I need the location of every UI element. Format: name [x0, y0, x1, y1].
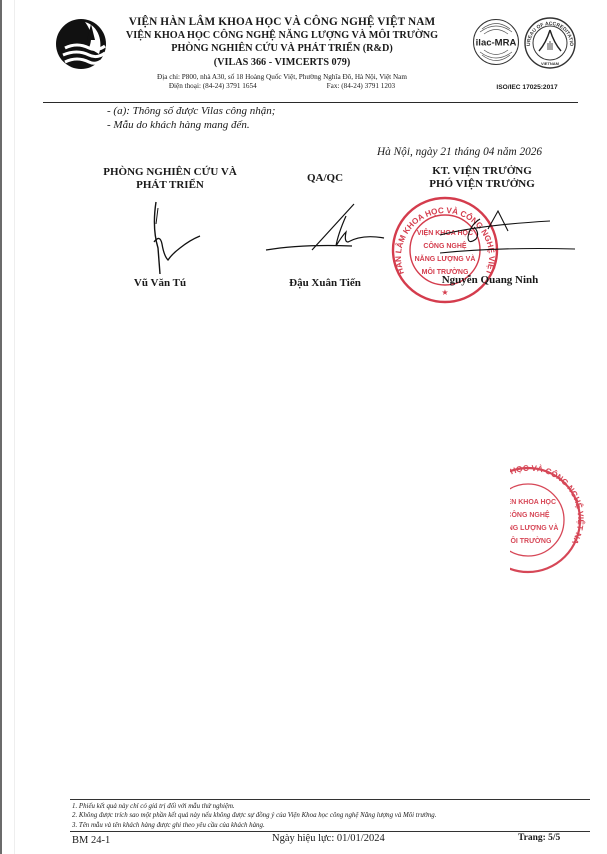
- partial-seal-stamp: VIỆN HÀN LÂM KHOA HỌC VÀ CÔNG NGHỆ VIỆT …: [470, 462, 590, 578]
- iso-label: ISO/IEC 17025:2017: [472, 84, 582, 91]
- svg-text:VIỆN KHOA HỌC: VIỆN KHOA HỌC: [500, 497, 556, 506]
- signatory-title-director: KT. VIỆN TRƯỞNG PHÓ VIỆN TRƯỞNG: [412, 165, 552, 191]
- svg-text:NĂNG LƯỢNG VÀ: NĂNG LƯỢNG VÀ: [498, 523, 559, 532]
- org-line-2: VIỆN KHOA HỌC CÔNG NGHỆ NĂNG LƯỢNG VÀ MÔ…: [112, 29, 452, 42]
- scan-border-faint: [14, 0, 15, 854]
- signatory-title-rnd: PHÒNG NGHIÊN CỨU VÀ PHÁT TRIỂN: [95, 166, 245, 192]
- svg-text:ilac-MRA: ilac-MRA: [476, 38, 517, 49]
- svg-text:CÔNG NGHỆ: CÔNG NGHỆ: [506, 510, 550, 519]
- note-line: - (a): Thông số được Vilas công nhận;: [107, 105, 275, 119]
- accreditation-badge-icon: BUREAU OF ACCREDITATION VIETNAM: [524, 17, 576, 69]
- title-line: PHÓ VIỆN TRƯỞNG: [412, 178, 552, 191]
- signatory-title-qaqc: QA/QC: [300, 172, 350, 185]
- fax: Fax: (84-24) 3791 1203: [327, 82, 395, 91]
- title-line: QA/QC: [300, 172, 350, 185]
- org-line-4: (VILAS 366 - VIMCERTS 079): [112, 56, 452, 70]
- signatory-name: Vũ Văn Tú: [115, 277, 205, 289]
- org-line-3: PHÒNG NGHIÊN CỨU VÀ PHÁT TRIỂN (R&D): [112, 42, 452, 56]
- svg-text:★: ★: [441, 288, 448, 297]
- header-divider: [43, 102, 578, 103]
- title-line: PHÒNG NGHIÊN CỨU VÀ: [95, 166, 245, 179]
- notes: - (a): Thông số được Vilas công nhận; - …: [107, 105, 275, 132]
- footer-note: 1. Phiếu kết quả này chỉ có giá trị đối …: [72, 802, 436, 811]
- letterhead: VIỆN HÀN LÂM KHOA HỌC VÀ CÔNG NGHỆ VIỆT …: [112, 16, 452, 91]
- phone: Điện thoại: (84-24) 3791 1654: [169, 82, 257, 91]
- svg-text:VIETNAM: VIETNAM: [541, 61, 560, 66]
- svg-text:MÔI TRƯỜNG: MÔI TRƯỜNG: [505, 536, 552, 545]
- scan-border: [0, 0, 2, 854]
- signatory-name: Đậu Xuân Tiến: [270, 277, 380, 289]
- address: Địa chỉ: P800, nhà A30, số 18 Hoàng Quốc…: [112, 73, 452, 82]
- footer-divider-bottom: [70, 831, 590, 832]
- signature-vu-van-tu: [140, 198, 210, 278]
- ilac-mra-icon: ilac-MRA: [472, 18, 520, 66]
- title-line: KT. VIỆN TRƯỞNG: [412, 165, 552, 178]
- page-number: Trang: 5/5: [518, 833, 560, 843]
- form-code: BM 24-1: [72, 835, 110, 846]
- effective-date: Ngày hiệu lực: 01/01/2024: [272, 833, 385, 844]
- footer-divider-top: [70, 799, 590, 800]
- note-line: - Mẫu do khách hàng mang đến.: [107, 119, 275, 133]
- org-line-1: VIỆN HÀN LÂM KHOA HỌC VÀ CÔNG NGHỆ VIỆT …: [112, 16, 452, 29]
- signature-nguyen-quang-ninh: [440, 205, 580, 260]
- signatory-name: Nguyễn Quang Ninh: [425, 274, 555, 286]
- signature-dau-xuan-tien: [262, 200, 387, 260]
- institute-logo-icon: [55, 18, 107, 70]
- date-line: Hà Nội, ngày 21 tháng 04 năm 2026: [377, 146, 542, 158]
- contact-row: Điện thoại: (84-24) 3791 1654 Fax: (84-2…: [112, 82, 452, 91]
- footer-note: 3. Tên mẫu và tên khách hàng được ghi th…: [72, 821, 436, 830]
- footer-note: 2. Không được trích sao một phần kết quả…: [72, 811, 436, 820]
- footer-notes: 1. Phiếu kết quả này chỉ có giá trị đối …: [72, 802, 436, 830]
- title-line: PHÁT TRIỂN: [95, 179, 245, 192]
